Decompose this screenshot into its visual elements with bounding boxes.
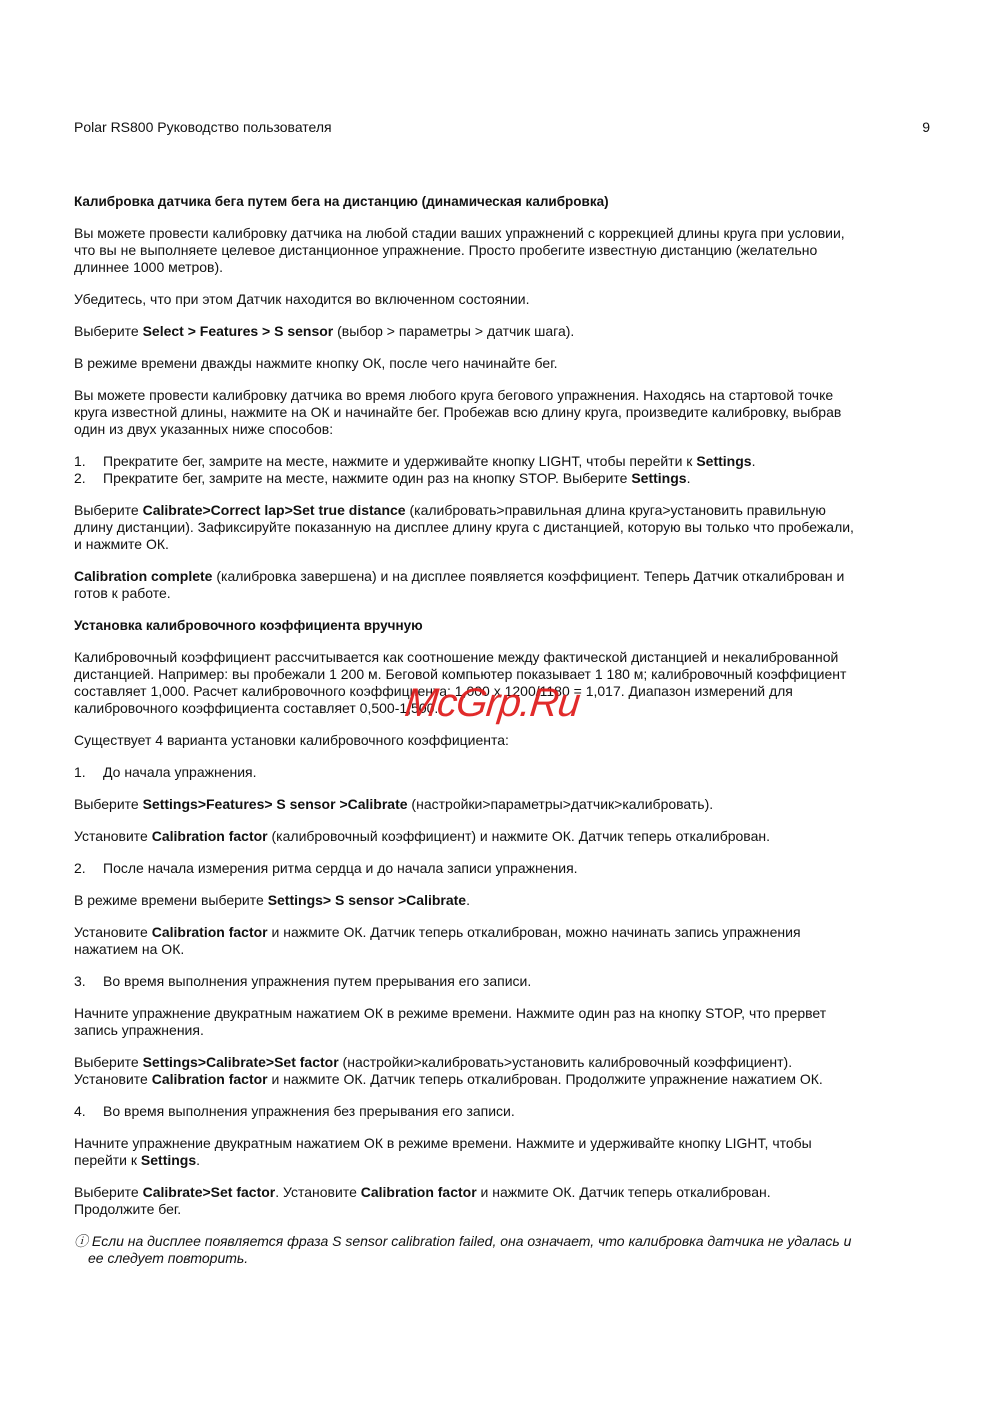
- paragraph: Установите Calibration factor (калиброво…: [74, 828, 854, 845]
- page-header: Polar RS800 Руководство пользователя 9: [74, 119, 930, 135]
- list-number: 2.: [74, 470, 86, 487]
- list-number: 2.: [74, 860, 86, 877]
- text: Выберите: [74, 1184, 143, 1200]
- paragraph: В режиме времени дважды нажмите кнопку О…: [74, 355, 854, 372]
- paragraph: Установите Calibration factor и нажмите …: [74, 924, 854, 958]
- list-item: 1.Прекратите бег, замрите на месте, нажм…: [74, 453, 854, 470]
- text: Прекратите бег, замрите на месте, нажмит…: [103, 453, 696, 469]
- menu-path: Calibration factor: [152, 1071, 268, 1087]
- text: После начала измерения ритма сердца и до…: [103, 860, 578, 876]
- note-text: Если на дисплее появляется фраза S senso…: [88, 1233, 851, 1266]
- menu-path: Calibrate>Set factor: [143, 1184, 276, 1200]
- text: Прекратите бег, замрите на месте, нажмит…: [103, 470, 631, 486]
- text: (калибровочный коэффициент) и нажмите ОК…: [268, 828, 770, 844]
- option-4: 4.Во время выполнения упражнения без пре…: [74, 1103, 854, 1120]
- paragraph: В режиме времени выберите Settings> S se…: [74, 892, 854, 909]
- watermark: McGrp.Ru: [403, 681, 582, 726]
- menu-path: Settings> S sensor >Calibrate: [268, 892, 466, 908]
- paragraph: Вы можете провести калибровку датчика на…: [74, 225, 854, 276]
- text: Выберите: [74, 1054, 143, 1070]
- text: В режиме времени выберите: [74, 892, 268, 908]
- text: Установите: [74, 924, 152, 940]
- paragraph: Выберите Calibrate>Set factor. Установит…: [74, 1184, 854, 1218]
- text: Во время выполнения упражнения путем пре…: [103, 973, 531, 989]
- text: (настройки>параметры>датчик>калибровать)…: [408, 796, 714, 812]
- menu-path: Calibration factor: [152, 924, 268, 940]
- menu-path: Calibration factor: [361, 1184, 477, 1200]
- paragraph: Calibration complete (калибровка заверше…: [74, 568, 854, 602]
- list-number: 3.: [74, 973, 86, 990]
- paragraph: Выберите Select > Features > S sensor (в…: [74, 323, 854, 340]
- display-message: Calibration complete: [74, 568, 212, 584]
- section-heading-dynamic-calibration: Калибровка датчика бега путем бега на ди…: [74, 193, 854, 210]
- text: (выбор > параметры > датчик шага).: [333, 323, 574, 339]
- info-icon: ⓘ: [74, 1233, 88, 1249]
- paragraph: Существует 4 варианта установки калибров…: [74, 732, 854, 749]
- list-number: 4.: [74, 1103, 86, 1120]
- text: До начала упражнения.: [103, 764, 257, 780]
- list-number: 1.: [74, 764, 86, 781]
- paragraph: Убедитесь, что при этом Датчик находится…: [74, 291, 854, 308]
- paragraph: Выберите Calibrate>Correct lap>Set true …: [74, 502, 854, 553]
- menu-path: Settings>Calibrate>Set factor: [143, 1054, 339, 1070]
- steps-list: 1.Прекратите бег, замрите на месте, нажм…: [74, 453, 854, 487]
- text: .: [687, 470, 691, 486]
- menu-path: Settings: [631, 470, 686, 486]
- paragraph: Выберите Settings>Features> S sensor >Ca…: [74, 796, 854, 813]
- menu-path: Calibration factor: [152, 828, 268, 844]
- page-number: 9: [922, 119, 930, 135]
- option-1: 1.До начала упражнения.: [74, 764, 854, 781]
- list-item: 2.Прекратите бег, замрите на месте, нажм…: [74, 470, 854, 487]
- paragraph: Выберите Settings>Calibrate>Set factor (…: [74, 1054, 854, 1088]
- menu-path: Settings: [141, 1152, 196, 1168]
- text: Выберите: [74, 502, 143, 518]
- text: и нажмите ОК. Датчик теперь откалиброван…: [268, 1071, 823, 1087]
- menu-path: Select > Features > S sensor: [143, 323, 334, 339]
- option-3: 3.Во время выполнения упражнения путем п…: [74, 973, 854, 990]
- note: ⓘ Если на дисплее появляется фраза S sen…: [74, 1233, 854, 1267]
- menu-path: Settings: [696, 453, 751, 469]
- text: Выберите: [74, 323, 143, 339]
- paragraph: Начните упражнение двукратным нажатием О…: [74, 1005, 854, 1039]
- text: . Установите: [275, 1184, 360, 1200]
- text: Во время выполнения упражнения без преры…: [103, 1103, 515, 1119]
- document-title: Polar RS800 Руководство пользователя: [74, 119, 332, 135]
- text: .: [196, 1152, 200, 1168]
- page-content: Калибровка датчика бега путем бега на ди…: [74, 193, 854, 1282]
- paragraph: Начните упражнение двукратным нажатием О…: [74, 1135, 854, 1169]
- menu-path: Settings>Features> S sensor >Calibrate: [143, 796, 408, 812]
- text: Установите: [74, 828, 152, 844]
- text: .: [466, 892, 470, 908]
- paragraph: Вы можете провести калибровку датчика во…: [74, 387, 854, 438]
- text: Выберите: [74, 796, 143, 812]
- section-heading-manual-factor: Установка калибровочного коэффициента вр…: [74, 617, 854, 634]
- text: .: [752, 453, 756, 469]
- option-2: 2.После начала измерения ритма сердца и …: [74, 860, 854, 877]
- list-number: 1.: [74, 453, 86, 470]
- menu-path: Calibrate>Correct lap>Set true distance: [143, 502, 406, 518]
